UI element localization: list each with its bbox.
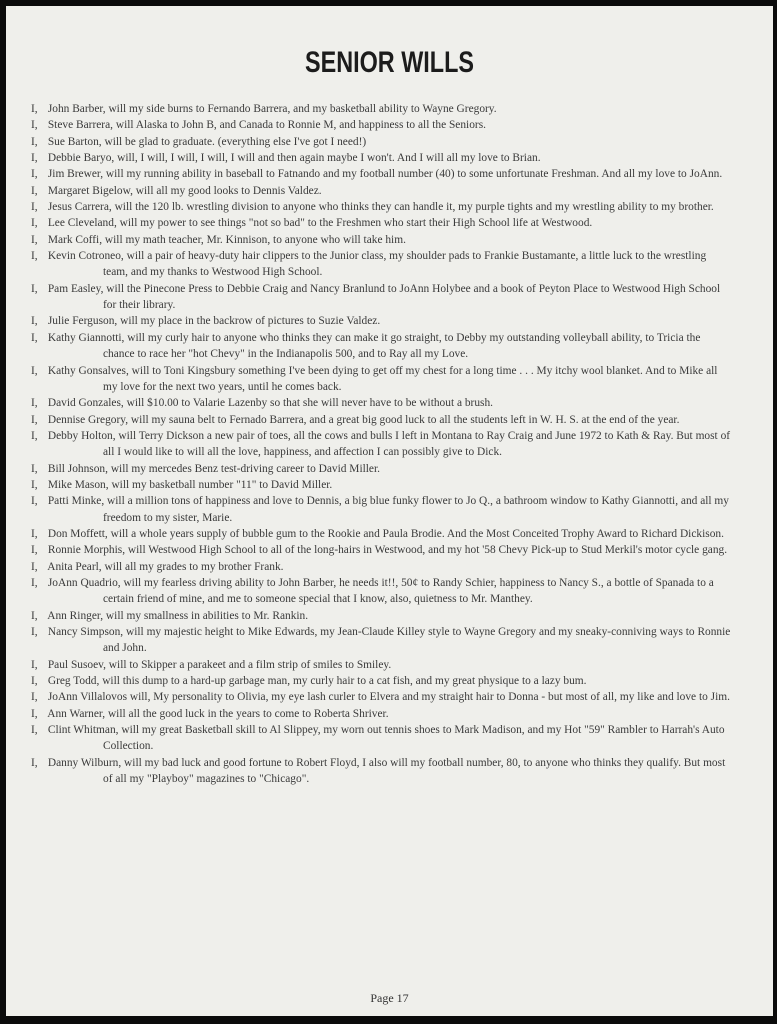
will-entry: I, David Gonzales, will $10.00 to Valari… [31, 395, 731, 411]
will-text: Debby Holton, will Terry Dickson a new p… [45, 430, 730, 458]
will-entry: I, Ann Warner, will all the good luck in… [31, 706, 731, 722]
will-entry: I, Clint Whitman, will my great Basketba… [31, 722, 731, 755]
will-prefix: I, [31, 166, 45, 182]
will-text: Ann Warner, will all the good luck in th… [45, 708, 389, 720]
will-entry: I, Dennise Gregory, will my sauna belt t… [31, 412, 731, 428]
will-entry: I, Kathy Gonsalves, will to Toni Kingsbu… [31, 363, 731, 396]
will-prefix: I, [31, 183, 45, 199]
will-text: Nancy Simpson, will my majestic height t… [45, 626, 730, 654]
will-text: Clint Whitman, will my great Basketball … [45, 724, 725, 752]
page-number: Page 17 [6, 991, 773, 1006]
will-entry: I, Debby Holton, will Terry Dickson a ne… [31, 428, 731, 461]
will-entry: I, Lee Cleveland, will my power to see t… [31, 215, 731, 231]
will-entry: I, Pam Easley, will the Pinecone Press t… [31, 281, 731, 314]
will-entry: I, Jim Brewer, will my running ability i… [31, 166, 731, 182]
will-prefix: I, [31, 461, 45, 477]
will-prefix: I, [31, 101, 45, 117]
will-text: Patti Minke, will a million tons of happ… [45, 495, 729, 523]
will-prefix: I, [31, 330, 45, 346]
will-text: Danny Wilburn, will my bad luck and good… [45, 757, 725, 785]
will-entry: I, Margaret Bigelow, will all my good lo… [31, 183, 731, 199]
will-text: Greg Todd, will this dump to a hard-up g… [45, 675, 587, 687]
will-entry: I, Kevin Cotroneo, will a pair of heavy-… [31, 248, 731, 281]
will-text: Steve Barrera, will Alaska to John B, an… [45, 119, 486, 131]
will-prefix: I, [31, 542, 45, 558]
will-entry: I, John Barber, will my side burns to Fe… [31, 101, 731, 117]
will-entry: I, Paul Susoev, will to Skipper a parake… [31, 657, 731, 673]
will-text: John Barber, will my side burns to Ferna… [45, 103, 497, 115]
will-text: JoAnn Villalovos will, My personality to… [45, 691, 730, 703]
will-prefix: I, [31, 673, 45, 689]
document-page: SENIOR WILLS I, John Barber, will my sid… [6, 6, 773, 1016]
will-entry: I, Patti Minke, will a million tons of h… [31, 493, 731, 526]
will-text: Bill Johnson, will my mercedes Benz test… [45, 463, 380, 475]
will-entry: I, Don Moffett, will a whole years suppl… [31, 526, 731, 542]
will-entry: I, Ann Ringer, will my smallness in abil… [31, 608, 731, 624]
will-prefix: I, [31, 657, 45, 673]
page-title: SENIOR WILLS [90, 46, 688, 80]
will-entry: I, Kathy Giannotti, will my curly hair t… [31, 330, 731, 363]
will-entry: I, Danny Wilburn, will my bad luck and g… [31, 755, 731, 788]
will-prefix: I, [31, 281, 45, 297]
will-text: David Gonzales, will $10.00 to Valarie L… [45, 397, 493, 409]
will-prefix: I, [31, 493, 45, 509]
will-entry: I, Nancy Simpson, will my majestic heigh… [31, 624, 731, 657]
will-entry: I, Mark Coffi, will my math teacher, Mr.… [31, 232, 731, 248]
will-prefix: I, [31, 608, 45, 624]
will-text: Julie Ferguson, will my place in the bac… [45, 315, 380, 327]
will-prefix: I, [31, 526, 45, 542]
will-prefix: I, [31, 689, 45, 705]
will-entry: I, JoAnn Quadrio, will my fearless drivi… [31, 575, 731, 608]
will-entry: I, Bill Johnson, will my mercedes Benz t… [31, 461, 731, 477]
will-text: Jesus Carrera, will the 120 lb. wrestlin… [45, 201, 714, 213]
will-prefix: I, [31, 134, 45, 150]
will-text: Kevin Cotroneo, will a pair of heavy-dut… [45, 250, 706, 278]
will-text: Kathy Giannotti, will my curly hair to a… [45, 332, 700, 360]
will-text: Anita Pearl, will all my grades to my br… [45, 561, 284, 573]
will-text: Margaret Bigelow, will all my good looks… [45, 185, 322, 197]
will-prefix: I, [31, 722, 45, 738]
will-prefix: I, [31, 395, 45, 411]
will-text: Kathy Gonsalves, will to Toni Kingsbury … [45, 365, 717, 393]
will-prefix: I, [31, 412, 45, 428]
will-text: Mike Mason, will my basketball number "1… [45, 479, 332, 491]
will-entry: I, Greg Todd, will this dump to a hard-u… [31, 673, 731, 689]
will-prefix: I, [31, 706, 45, 722]
will-entry: I, Mike Mason, will my basketball number… [31, 477, 731, 493]
will-entry: I, JoAnn Villalovos will, My personality… [31, 689, 731, 705]
will-prefix: I, [31, 428, 45, 444]
will-text: Ann Ringer, will my smallness in abiliti… [45, 610, 308, 622]
will-entry: I, Jesus Carrera, will the 120 lb. wrest… [31, 199, 731, 215]
will-entry: I, Steve Barrera, will Alaska to John B,… [31, 117, 731, 133]
will-text: Mark Coffi, will my math teacher, Mr. Ki… [45, 234, 406, 246]
will-entry: I, Ronnie Morphis, will Westwood High Sc… [31, 542, 731, 558]
will-text: Debbie Baryo, will, I will, I will, I wi… [45, 152, 541, 164]
will-prefix: I, [31, 559, 45, 575]
will-entry: I, Debbie Baryo, will, I will, I will, I… [31, 150, 731, 166]
will-text: Paul Susoev, will to Skipper a parakeet … [45, 659, 391, 671]
will-prefix: I, [31, 313, 45, 329]
will-text: Sue Barton, will be glad to graduate. (e… [45, 136, 366, 148]
will-entry: I, Julie Ferguson, will my place in the … [31, 313, 731, 329]
will-prefix: I, [31, 477, 45, 493]
will-text: Don Moffett, will a whole years supply o… [45, 528, 724, 540]
will-prefix: I, [31, 199, 45, 215]
will-text: Jim Brewer, will my running ability in b… [45, 168, 722, 180]
will-prefix: I, [31, 117, 45, 133]
will-prefix: I, [31, 232, 45, 248]
will-prefix: I, [31, 755, 45, 771]
will-prefix: I, [31, 215, 45, 231]
will-text: Dennise Gregory, will my sauna belt to F… [45, 414, 679, 426]
will-entry: I, Sue Barton, will be glad to graduate.… [31, 134, 731, 150]
will-prefix: I, [31, 624, 45, 640]
wills-list: I, John Barber, will my side burns to Fe… [31, 101, 731, 787]
will-text: JoAnn Quadrio, will my fearless driving … [45, 577, 714, 605]
will-entry: I, Anita Pearl, will all my grades to my… [31, 559, 731, 575]
will-prefix: I, [31, 575, 45, 591]
will-text: Lee Cleveland, will my power to see thin… [45, 217, 592, 229]
will-prefix: I, [31, 363, 45, 379]
will-prefix: I, [31, 150, 45, 166]
will-text: Pam Easley, will the Pinecone Press to D… [45, 283, 720, 311]
will-text: Ronnie Morphis, will Westwood High Schoo… [45, 544, 727, 556]
will-prefix: I, [31, 248, 45, 264]
